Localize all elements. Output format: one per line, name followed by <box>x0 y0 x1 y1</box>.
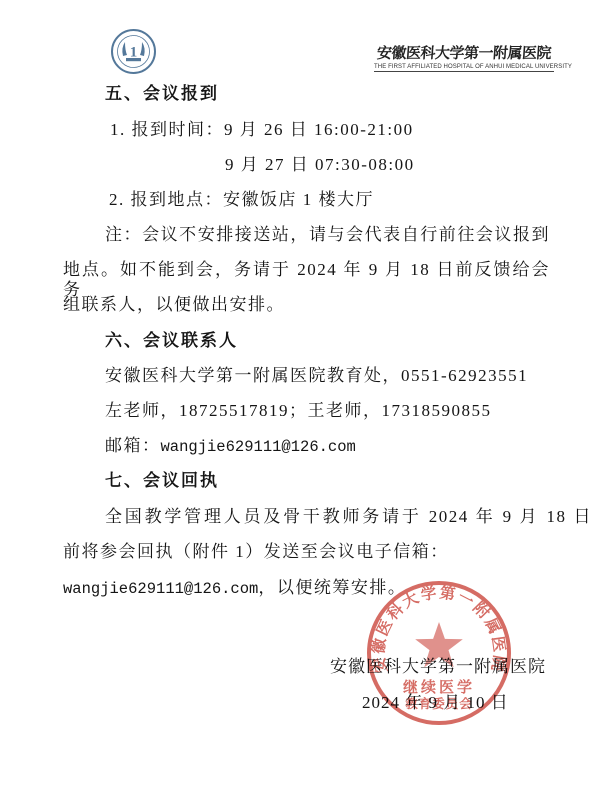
registration-time-line2: 9 月 27 日 07:30-08:00 <box>63 155 614 175</box>
contacts-phone-line: 左老师，18725517819；王老师，17318590855 <box>63 401 592 421</box>
org-name-english: THE FIRST AFFILIATED HOSPITAL OF ANHUI M… <box>374 64 554 72</box>
org-name-block: 安徽医科大学第一附属医院 THE FIRST AFFILIATED HOSPIT… <box>374 42 554 72</box>
signature-org: 安徽医科大学第一附属医院 <box>330 652 546 677</box>
section-heading-contacts: 六、会议联系人 <box>63 331 592 351</box>
section-heading-receipt: 七、会议回执 <box>63 471 592 491</box>
signature-date: 2024 年 9 月 10 日 <box>362 688 509 713</box>
registration-note-line2: 地点。如不能到会，务请于 2024 年 9 月 18 日前反馈给会务 <box>63 260 550 299</box>
registration-place-line: 2. 报到地点：安徽饭店 1 楼大厅 <box>63 190 596 210</box>
receipt-email-address: wangjie629111@126.com <box>63 580 258 598</box>
section-heading-registration: 五、会议报到 <box>63 84 592 104</box>
document-page: · · · · · · · · · · · · · 1 安徽医科大学第一附属医院… <box>0 0 614 797</box>
receipt-line3-rest: ，以便统筹安排。 <box>258 578 406 597</box>
registration-note-line3: 组联系人，以便做出安排。 <box>63 295 550 315</box>
registration-time-line1: 1. 报到时间：9 月 26 日 16:00-21:00 <box>63 120 597 140</box>
receipt-line3: wangjie629111@126.com，以便统筹安排。 <box>63 578 550 599</box>
contacts-dept-line: 安徽医科大学第一附属医院教育处，0551-62923551 <box>63 366 592 386</box>
receipt-line2: 前将参会回执（附件 1）发送至会议电子信箱： <box>63 542 550 562</box>
hospital-logo-icon: · · · · · · · · · · · · · 1 <box>111 29 156 74</box>
contact-email-address: wangjie629111@126.com <box>161 438 356 456</box>
org-name-calligraphy: 安徽医科大学第一附属医院 <box>373 42 554 63</box>
registration-note-line1: 注：会议不安排接送站，请与会代表自行前往会议报到 <box>63 225 550 245</box>
receipt-line1: 全国教学管理人员及骨干教师务请于 2024 年 9 月 18 日 <box>63 507 592 527</box>
email-label: 邮箱： <box>105 436 161 455</box>
contacts-email-line: 邮箱：wangjie629111@126.com <box>63 436 592 457</box>
